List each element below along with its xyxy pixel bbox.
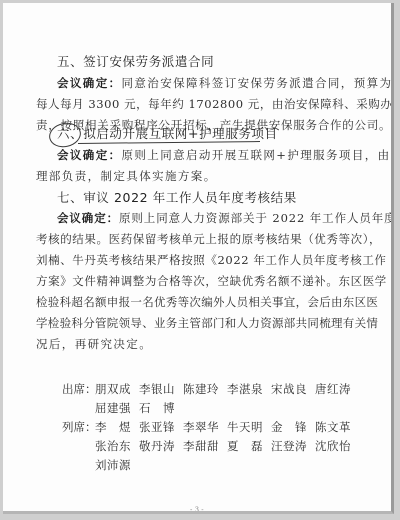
present-name: 李湛泉 [227, 381, 263, 397]
section-7-line-3: 刘楠、牛丹英考核结果严格按照《2022 年工作人员年度考核工作 [36, 253, 387, 268]
present-name: 屈建强 [95, 400, 131, 416]
section-7-line-2: 考核的结果。医药保留考核单元上报的原考核结果（优秀等次）， [36, 232, 381, 247]
section-7-line-6: 学检验科分管院领导、业务主管部门和人力资源部共同梳理有关情 [36, 316, 378, 331]
observer-name: 陈文革 [315, 419, 351, 435]
document-page: 五、签订安保劳务派遣合同 会议确定：同意治安保障科签订安保劳务派遣合同，预算为 … [3, 3, 394, 514]
handwritten-underline-annotation [78, 141, 260, 144]
section-7-line-4: 方案》文件精神调整为合格等次，空缺优秀名额不递补。东区医学 [36, 274, 387, 289]
decision-label: 会议确定： [57, 76, 122, 90]
section-6-title: 拟启动开展互联网+护理服务项目 [83, 126, 277, 141]
decision-label: 会议确定： [57, 148, 122, 162]
section-7-line-5: 检验科超名额申报一名优秀等次编外人员相关事宜，会后由东区医 [36, 295, 378, 310]
observer-name: 牛天明 [227, 419, 263, 435]
observer-name: 汪登涛 [271, 438, 307, 454]
present-name: 唐红涛 [315, 381, 351, 397]
observer-name: 李 煜 [95, 419, 131, 435]
observer-name: 李甜甜 [183, 438, 219, 454]
section-6-decision: 会议确定：原则上同意启动开展互联网+护理服务项目，由护 [57, 148, 394, 163]
observer-name: 沈欣怡 [315, 438, 351, 454]
section-5-heading: 五、签订安保劳务派遣合同 [57, 54, 214, 69]
present-name: 朋双成 [95, 381, 131, 397]
present-label: 出席： [62, 381, 97, 397]
section-7-decision: 会议确定：原则上同意人力资源部关于 2022 年工作人员年度 [57, 211, 394, 226]
decision-label: 会议确定： [57, 211, 119, 225]
present-name: 李银山 [139, 381, 175, 397]
decision-text: 原则上同意启动开展互联网+护理服务项目，由护 [122, 148, 395, 162]
decision-text: 原则上同意人力资源部关于 2022 年工作人员年度 [119, 211, 394, 225]
section-7-heading: 七、审议 2022 年工作人员年度考核结果 [57, 190, 297, 205]
decision-text: 同意治安保障科签订安保劳务派遣合同，预算为 [122, 76, 393, 90]
observer-name: 张亚锋 [139, 419, 175, 435]
present-name: 陈建玲 [183, 381, 219, 397]
observer-name: 金 锋 [271, 419, 307, 435]
observer-name: 敬丹涛 [139, 438, 175, 454]
page-number: - 3 - [190, 506, 204, 514]
section-6-heading: 六、拟启动开展互联网+护理服务项目 [57, 126, 278, 141]
section-6-number: 六、 [57, 126, 83, 141]
section-6-line-2: 理部负责，制定具体实施方案。 [36, 169, 217, 184]
observer-name: 李翠华 [183, 419, 219, 435]
present-name: 宋战良 [271, 381, 307, 397]
observers-label: 列席： [62, 419, 97, 435]
observer-name: 夏 磊 [227, 438, 263, 454]
present-name: 石 博 [139, 400, 175, 416]
section-5-line-2: 每人每月 3300 元，每年约 1702800 元，由治安保障科、采购办负 [36, 97, 394, 112]
section-7-line-7: 况后，再研究决定。 [36, 337, 152, 352]
observer-name: 刘沛源 [95, 457, 131, 473]
section-5-decision: 会议确定：同意治安保障科签订安保劳务派遣合同，预算为 [57, 76, 392, 91]
observer-name: 张治东 [95, 438, 131, 454]
